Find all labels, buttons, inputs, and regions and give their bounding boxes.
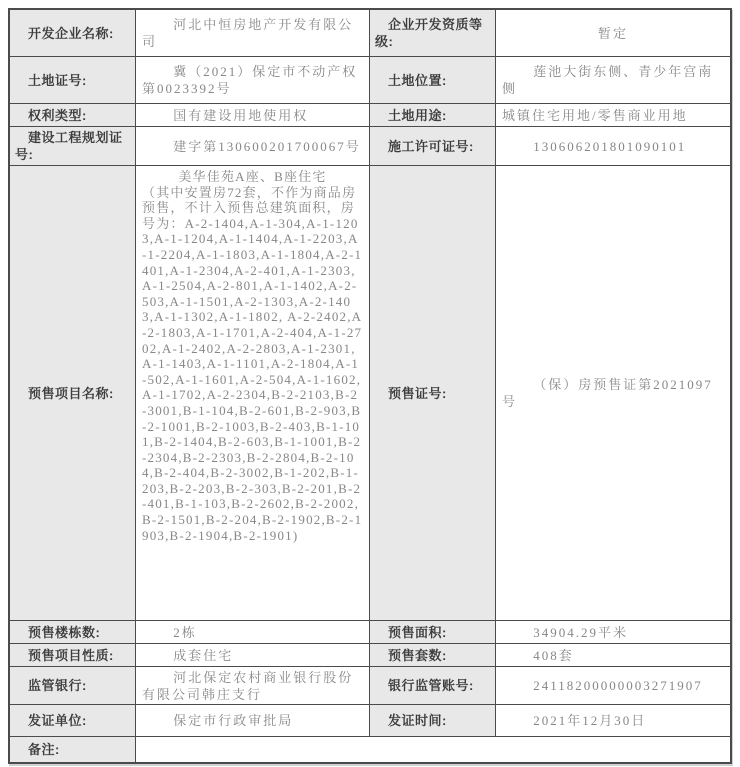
field-label-issuing-authority: 发证单位:: [10, 705, 136, 737]
field-label-presale-cert-no: 预售证号:: [370, 166, 496, 621]
field-label-land-use: 土地用途:: [370, 104, 496, 127]
field-label-presale-project-name: 预售项目名称:: [10, 166, 136, 621]
field-label-remarks: 备注:: [10, 737, 136, 762]
field-value-remarks: [136, 737, 730, 762]
presale-project-detail: （其中安置房72套，不作为商品房预售，不计入预售总建筑面积，房号为：A-2-14…: [142, 185, 363, 544]
field-value-qualification-level: 暂定: [496, 10, 730, 57]
field-value-land-cert-no: 冀（2021）保定市不动产权第0023392号: [136, 57, 370, 104]
field-value-supervising-bank: 河北保定农村商业银行股份有限公司韩庄支行: [136, 667, 370, 705]
field-value-right-type: 国有建设用地使用权: [136, 104, 370, 127]
field-value-issue-date: 2021年12月30日: [496, 705, 730, 737]
field-value-presale-unit-count: 408套: [496, 644, 730, 667]
field-value-developer-name: 河北中恒房地产开发有限公司: [136, 10, 370, 57]
field-value-planning-cert-no: 建字第130600201700067号: [136, 127, 370, 166]
field-value-presale-area: 34904.29平米: [496, 621, 730, 644]
field-label-presale-project-nature: 预售项目性质:: [10, 644, 136, 667]
field-label-presale-unit-count: 预售套数:: [370, 644, 496, 667]
field-label-land-cert-no: 土地证号:: [10, 57, 136, 104]
field-label-planning-cert-no: 建设工程规划证号:: [10, 127, 136, 166]
field-value-construction-permit-no: 130606201801090101: [496, 127, 730, 166]
field-value-presale-cert-no: （保）房预售证第2021097号: [496, 166, 730, 621]
field-value-land-use: 城镇住宅用地/零售商业用地: [496, 104, 730, 127]
field-label-presale-building-count: 预售楼栋数:: [10, 621, 136, 644]
field-label-bank-supervision-account: 银行监管账号:: [370, 667, 496, 705]
field-label-presale-area: 预售面积:: [370, 621, 496, 644]
field-value-land-location: 莲池大街东侧、青少年宫南侧: [496, 57, 730, 104]
field-value-presale-building-count: 2栋: [136, 621, 370, 644]
field-value-bank-supervision-account: 24118200000003271907: [496, 667, 730, 705]
presale-project-title: 美华佳苑A座、B座住宅: [142, 169, 363, 185]
field-label-developer-name: 开发企业名称:: [10, 10, 136, 57]
field-value-presale-project-name: 美华佳苑A座、B座住宅 （其中安置房72套，不作为商品房预售，不计入预售总建筑面…: [136, 166, 370, 621]
field-label-issue-date: 发证时间:: [370, 705, 496, 737]
field-label-right-type: 权利类型:: [10, 104, 136, 127]
presale-permit-info-table: 开发企业名称: 河北中恒房地产开发有限公司 企业开发资质等级: 暂定 土地证号:…: [8, 8, 732, 764]
field-value-issuing-authority: 保定市行政审批局: [136, 705, 370, 737]
field-label-supervising-bank: 监管银行:: [10, 667, 136, 705]
field-label-construction-permit-no: 施工许可证号:: [370, 127, 496, 166]
field-value-presale-project-nature: 成套住宅: [136, 644, 370, 667]
field-label-qualification-level: 企业开发资质等级:: [370, 10, 496, 57]
field-label-land-location: 土地位置:: [370, 57, 496, 104]
